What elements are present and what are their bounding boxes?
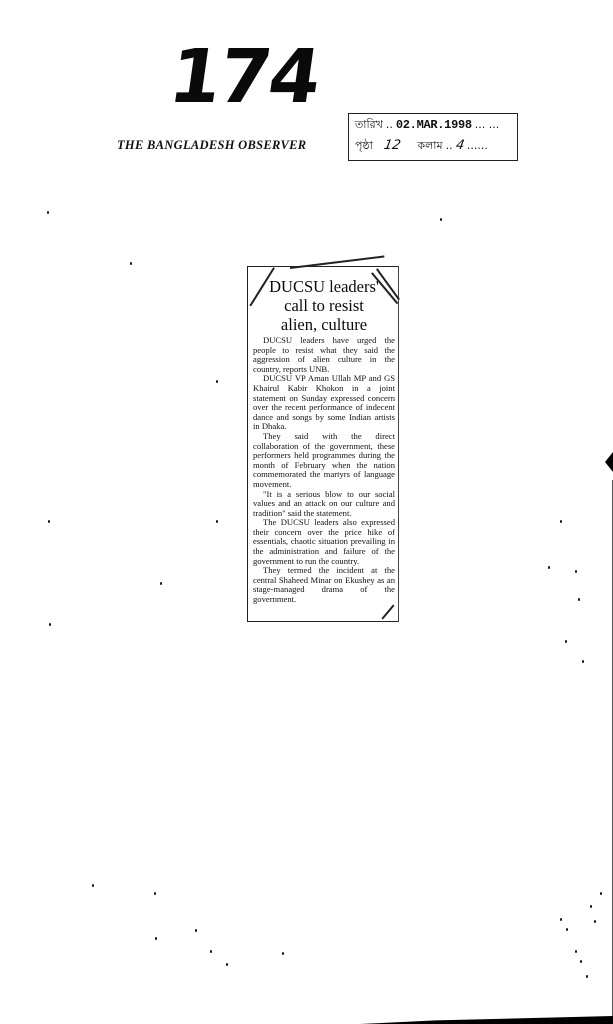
scan-speck xyxy=(560,520,562,523)
newspaper-clipping: DUCSU leaders' call to resist alien, cul… xyxy=(247,266,399,622)
stamp-column-trail: ...... xyxy=(467,139,488,152)
stamp-page-label: পৃষ্ঠা xyxy=(355,137,373,156)
scan-speck xyxy=(155,937,157,940)
article-paragraph: They termed the incident at the central … xyxy=(253,566,395,604)
stamp-page-row: পৃষ্ঠা 12 কলাম .. 4 ...... xyxy=(355,137,511,158)
scan-speck xyxy=(195,929,197,932)
scan-speck xyxy=(216,520,218,523)
stamp-column-label: কলাম xyxy=(417,137,442,156)
scan-speck xyxy=(47,211,49,214)
scan-speck xyxy=(578,598,580,601)
stamp-page-value: 12 xyxy=(383,138,402,153)
stamp-date-label: তারিখ xyxy=(355,116,383,135)
scan-speck xyxy=(565,640,567,643)
headline-line-2: call to resist xyxy=(253,296,395,315)
article-paragraph: The DUCSU leaders also expressed their c… xyxy=(253,518,395,566)
article-body: DUCSU leaders have urged the people to r… xyxy=(253,336,395,605)
scan-speck xyxy=(575,570,577,573)
scan-speck xyxy=(160,582,162,585)
article-paragraph: DUCSU leaders have urged the people to r… xyxy=(253,336,395,374)
scan-speck xyxy=(566,928,568,931)
scan-speck xyxy=(600,892,602,895)
article-paragraph: "It is a serious blow to our social valu… xyxy=(253,490,395,519)
scan-speck xyxy=(580,960,582,963)
scan-speck xyxy=(130,262,132,265)
article-paragraph: DUCSU VP Aman Ullah MP and GS Khairul Ka… xyxy=(253,374,395,432)
headline-line-3: alien, culture xyxy=(253,315,395,334)
headline-line-1: DUCSU leaders' xyxy=(253,277,395,296)
scan-bottom-edge xyxy=(360,1016,613,1024)
scan-speck xyxy=(548,566,550,569)
stamp-date-value: 02.MAR.1998 xyxy=(396,118,472,132)
article-headline: DUCSU leaders' call to resist alien, cul… xyxy=(253,277,395,334)
scan-speck xyxy=(440,218,442,221)
stamp-date-trail: ... ... xyxy=(475,118,499,131)
scan-speck xyxy=(282,952,284,955)
scan-speck xyxy=(575,950,577,953)
scan-speck xyxy=(586,975,588,978)
handwritten-page-number: 174 xyxy=(165,40,324,114)
scan-edge-marker xyxy=(605,452,613,472)
archive-stamp: তারিখ .. 02.MAR.1998 ... ... পৃষ্ঠা 12 ক… xyxy=(348,113,518,161)
scan-speck xyxy=(154,892,156,895)
scan-speck xyxy=(48,520,50,523)
stamp-column-value: 4 xyxy=(454,138,465,153)
scan-speck xyxy=(594,920,596,923)
scan-speck xyxy=(560,918,562,921)
scan-speck xyxy=(49,623,51,626)
scan-speck xyxy=(590,905,592,908)
scan-speck xyxy=(210,950,212,953)
newspaper-source-label: THE BANGLADESH OBSERVER xyxy=(117,138,306,153)
scan-speck xyxy=(226,963,228,966)
stamp-date-row: তারিখ .. 02.MAR.1998 ... ... xyxy=(355,116,511,137)
article-paragraph: They said with the direct collaboration … xyxy=(253,432,395,490)
scan-speck xyxy=(582,660,584,663)
scan-speck xyxy=(92,884,94,887)
scan-speck xyxy=(216,380,218,383)
